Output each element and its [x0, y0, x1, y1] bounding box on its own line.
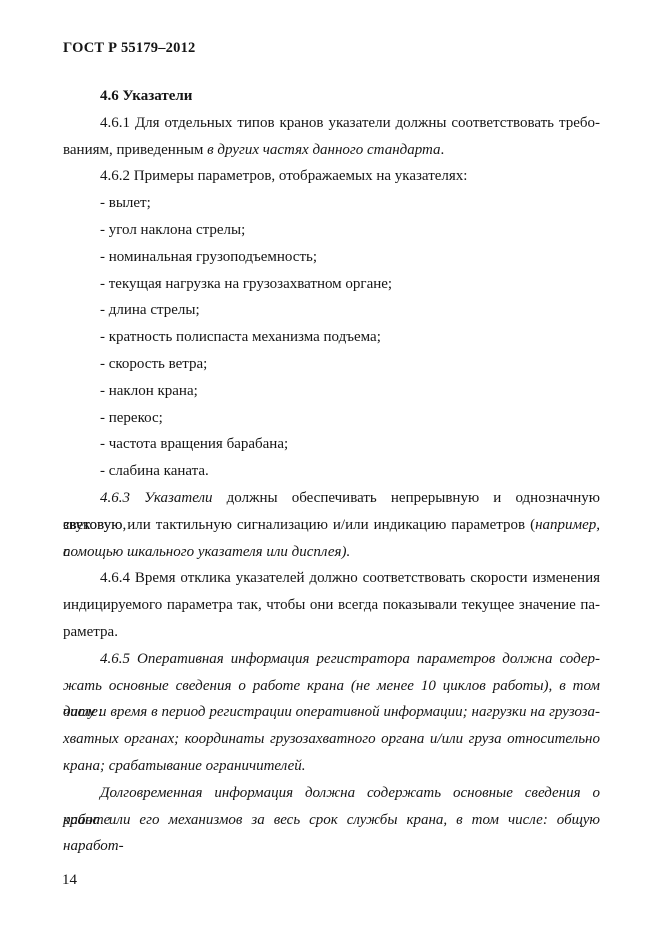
text-run: индицируемого параметра так, чтобы они в…: [63, 597, 600, 613]
text-run: 4.6.3 Указатели: [100, 490, 213, 506]
para-4-6-5-line-5: крана; срабатывание ограничителей.: [63, 753, 600, 780]
para-4-6-5-line-3: дату и время в период регистрации операт…: [63, 699, 600, 726]
text-run: .: [441, 142, 445, 158]
list-item-3: - номинальная грузоподъемность;: [63, 244, 600, 271]
text-run: дату и время в период регистрации операт…: [63, 704, 600, 720]
text-run: 4.6.2 Примеры параметров, отображаемых н…: [100, 168, 467, 184]
para-4-6-4-line-3: раметра.: [63, 619, 600, 646]
text-run: 4.6.1 Для отдельных типов кранов указате…: [100, 115, 600, 131]
para-4-6-1-line-2: ваниям, приведенным в других частях данн…: [63, 137, 600, 164]
text-run: 4.6.4 Время отклика указателей должно со…: [100, 570, 600, 586]
list-item-10: - частота вращения барабана;: [63, 431, 600, 458]
para-4-6-1-line-1: 4.6.1 Для отдельных типов кранов указате…: [63, 110, 600, 137]
document-header-standard-number: ГОСТ Р 55179–2012: [63, 40, 195, 57]
page-number: 14: [62, 872, 77, 888]
text-run: - вылет;: [100, 195, 151, 211]
text-run: - текущая нагрузка на грузозахватном орг…: [100, 276, 392, 292]
text-run: крана; срабатывание ограничителей.: [63, 758, 306, 774]
para-4-6-2: 4.6.2 Примеры параметров, отображаемых н…: [63, 163, 600, 190]
text-run: 4.6.5 Оперативная информация регистратор…: [100, 651, 600, 667]
para-4-6-3-line-2: звуковую или тактильную сигнализацию и/и…: [63, 512, 600, 539]
list-item-8: - наклон крана;: [63, 378, 600, 405]
para-4-6-4-line-2: индицируемого параметра так, чтобы они в…: [63, 592, 600, 619]
list-item-9: - перекос;: [63, 405, 600, 432]
text-run: хватных органах; координаты грузозахватн…: [63, 731, 600, 747]
text-run: помощью шкального указателя или дисплея)…: [63, 544, 350, 560]
para-4-6-5-line-4: хватных органах; координаты грузозахватн…: [63, 726, 600, 753]
text-run: - перекос;: [100, 410, 163, 426]
text-run: 4.6 Указатели: [100, 88, 192, 104]
document-body: 4.6 Указатели4.6.1 Для отдельных типов к…: [63, 83, 600, 833]
para-longterm-line-1: Долговременная информация должна содержа…: [63, 780, 600, 807]
list-item-1: - вылет;: [63, 190, 600, 217]
list-item-7: - скорость ветра;: [63, 351, 600, 378]
list-item-2: - угол наклона стрелы;: [63, 217, 600, 244]
text-run: звуковую или тактильную сигнализацию и/и…: [63, 517, 535, 533]
text-run: - скорость ветра;: [100, 356, 207, 372]
para-4-6-5-line-2: жать основные сведения о работе крана (н…: [63, 673, 600, 700]
list-item-11: - слабина каната.: [63, 458, 600, 485]
para-4-6-5-line-1: 4.6.5 Оперативная информация регистратор…: [63, 646, 600, 673]
text-run: - наклон крана;: [100, 383, 198, 399]
text-run: - частота вращения барабана;: [100, 436, 288, 452]
text-run: - кратность полиспаста механизма подъема…: [100, 329, 381, 345]
text-run: - длина стрелы;: [100, 302, 200, 318]
text-run: - слабина каната.: [100, 463, 209, 479]
para-4-6-4-line-1: 4.6.4 Время отклика указателей должно со…: [63, 565, 600, 592]
list-item-5: - длина стрелы;: [63, 297, 600, 324]
para-4-6-3-line-1: 4.6.3 Указатели должны обеспечивать непр…: [63, 485, 600, 512]
heading-4-6: 4.6 Указатели: [63, 83, 600, 110]
text-run: - угол наклона стрелы;: [100, 222, 245, 238]
text-run: - номинальная грузоподъемность;: [100, 249, 317, 265]
list-item-6: - кратность полиспаста механизма подъема…: [63, 324, 600, 351]
text-run: крана или его механизмов за весь срок сл…: [63, 812, 600, 855]
para-longterm-line-2: крана или его механизмов за весь срок сл…: [63, 807, 600, 834]
text-run: ваниям, приведенным: [63, 142, 207, 158]
list-item-4: - текущая нагрузка на грузозахватном орг…: [63, 271, 600, 298]
text-run: раметра.: [63, 624, 118, 640]
text-run: в других частях данного стандарта: [207, 142, 440, 158]
para-4-6-3-line-3: помощью шкального указателя или дисплея)…: [63, 539, 600, 566]
